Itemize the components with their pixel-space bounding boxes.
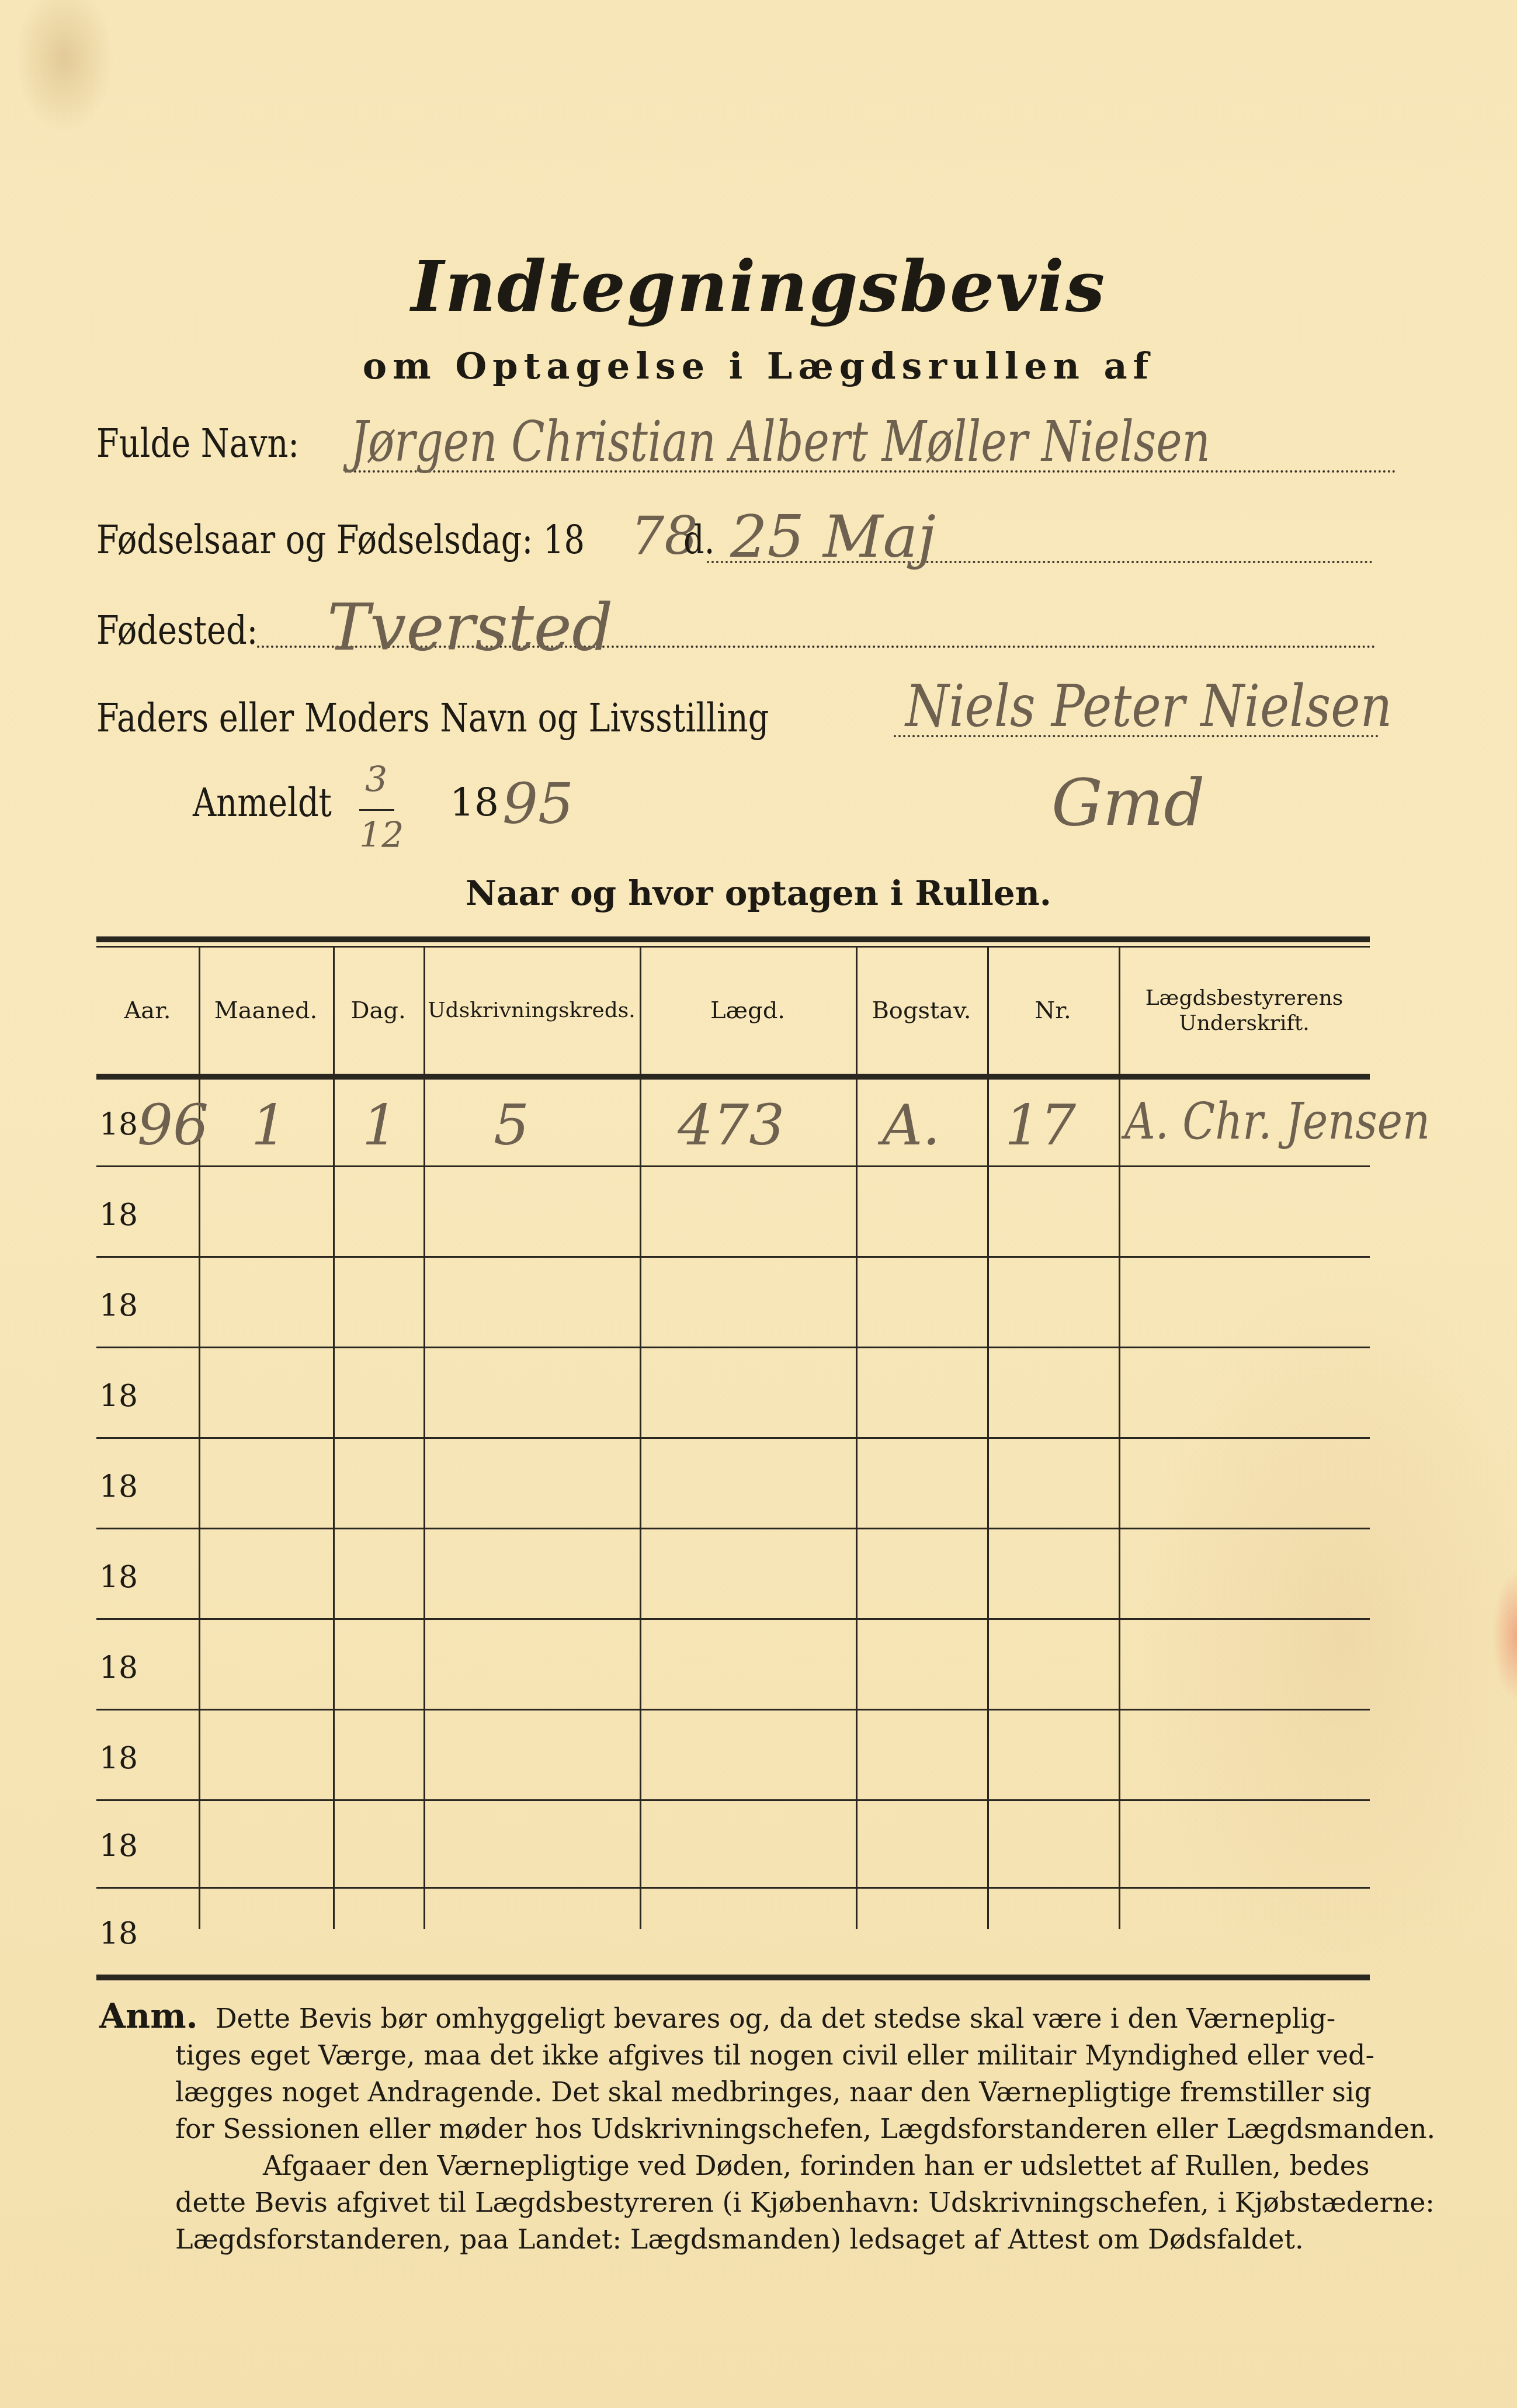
birthplace-label: Fødested: (96, 608, 258, 654)
row-divider (96, 1165, 1370, 1167)
row1-day: 1 (362, 1092, 398, 1158)
row-divider (96, 1256, 1370, 1258)
note-line: dette Bevis afgivet til Lægdsbestyreren … (99, 2184, 1373, 2221)
document-subtitle: om Optagelse i Lægdsrullen af (0, 345, 1517, 387)
full-name-label: Fulde Navn: (96, 421, 299, 467)
row1-signature: A. Chr. Jensen (1124, 1092, 1430, 1151)
birth-date-value: 25 Maj (730, 502, 936, 571)
row-divider (96, 1347, 1370, 1348)
note-label: Anm. (99, 1996, 198, 2036)
note-line: tiges eget Værge, maa det ikke afgives t… (99, 2037, 1373, 2074)
col-header-maaned: Maaned. (199, 952, 333, 1069)
note-line: lægges noget Andragende. Det skal medbri… (99, 2074, 1373, 2111)
row-divider (96, 1618, 1370, 1620)
table-bottom-rule (96, 1975, 1370, 1980)
row-divider (96, 1437, 1370, 1439)
col-header-aar: Aar. (96, 952, 199, 1069)
table-top-rule-thin (96, 946, 1370, 948)
row1-month: 1 (251, 1092, 287, 1158)
row-divider (96, 1799, 1370, 1801)
row-year-prefix: 18 (99, 1469, 138, 1504)
note-line: Lægdsforstanderen, paa Landet: Lægdsmand… (99, 2221, 1373, 2258)
row-divider (96, 1528, 1370, 1529)
row-year-prefix: 18 (99, 1379, 138, 1414)
row-year-prefix: 18 (99, 1650, 138, 1685)
row-year-prefix: 18 (99, 1828, 138, 1864)
row-year-prefix: 18 (99, 1741, 138, 1776)
birthplace-value: Tversted (327, 590, 613, 665)
col-header-bogstav: Bogstav. (856, 952, 987, 1069)
row-year-prefix: 18 (99, 1198, 138, 1233)
note-line: Afgaaer den Værnepligtige ved Døden, for… (99, 2147, 1373, 2184)
row-year-prefix: 18 (99, 1107, 138, 1142)
registered-year-suffix: 95 (502, 771, 574, 837)
row-divider (96, 1887, 1370, 1889)
note-line: Anm.Dette Bevis bør omhyggeligt bevares … (99, 1998, 1373, 2037)
parent-name-value: Niels Peter Nielsen (905, 672, 1392, 740)
full-name-value: Jørgen Christian Albert Møller Nielsen (350, 409, 1210, 474)
col-header-nr: Nr. (987, 952, 1119, 1069)
row-year-prefix: 18 (99, 1916, 138, 1951)
table-header-rule (96, 1074, 1370, 1080)
row1-year: 96 (137, 1092, 209, 1158)
row-divider (96, 1709, 1370, 1710)
document-title: Indtegningsbevis (0, 245, 1517, 328)
parent-occupation-value: Gmd (1051, 765, 1205, 840)
note-block: Anm.Dette Bevis bør omhyggeligt bevares … (99, 1998, 1373, 2258)
row-year-prefix: 18 (99, 1288, 138, 1323)
row1-kreds: 5 (494, 1092, 529, 1158)
row-year-prefix: 18 (99, 1560, 138, 1595)
registered-label: Anmeldt (193, 780, 332, 826)
col-header-laegd: Lægd. (640, 952, 856, 1069)
registered-month: 12 (359, 815, 404, 856)
col-header-signature: Lægdsbestyrerens Underskrift. (1119, 952, 1370, 1069)
note-line: for Sessionen eller møder hos Udskrivnin… (99, 2111, 1373, 2147)
col-header-udskrivningskreds: Udskrivningskreds. (423, 952, 640, 1069)
row1-nr: 17 (1005, 1092, 1076, 1158)
registered-year-prefix: 18 (450, 780, 499, 825)
row1-bogstav: A. (882, 1092, 940, 1158)
table-heading: Naar og hvor optagen i Rullen. (0, 873, 1517, 913)
registered-day: 3 (365, 759, 387, 800)
row1-laegd: 473 (678, 1092, 784, 1158)
birth-label: Fødselsaar og Fødselsdag: 18 (96, 517, 585, 563)
table-top-rule (96, 936, 1370, 942)
parent-label: Faders eller Moders Navn og Livsstilling (96, 695, 769, 741)
registered-fraction-bar (359, 809, 394, 811)
col-header-dag: Dag. (333, 952, 423, 1069)
birth-day-prefix: d. (683, 517, 714, 563)
